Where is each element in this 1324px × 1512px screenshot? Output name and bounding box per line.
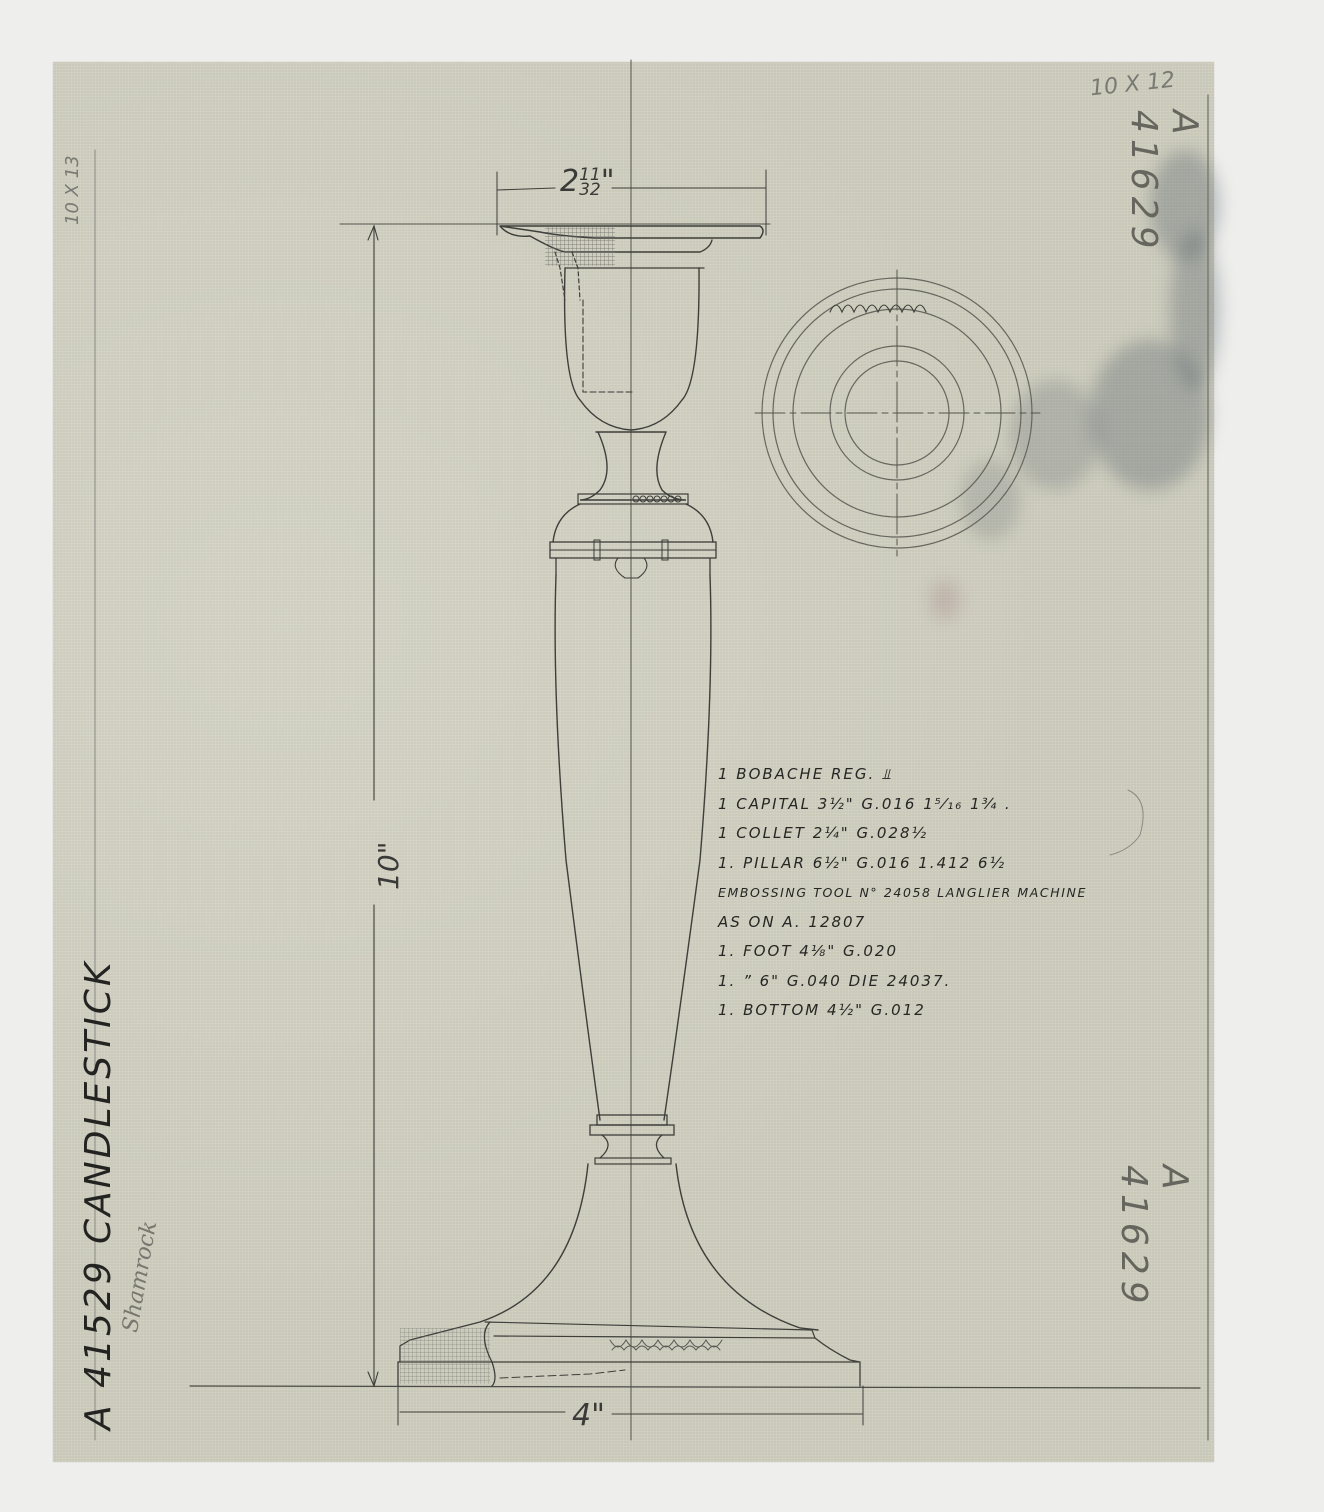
top-width-whole: 2 (560, 164, 579, 199)
parts-list-item: 1. ” 6" G.040 DIE 24037. (718, 967, 1087, 997)
parts-list-item: 1 COLLET 2¼" G.028½ (718, 819, 1087, 849)
parts-list-item: EMBOSSING TOOL N° 24058 LANGLIER MACHINE (718, 878, 1087, 908)
parts-list: 1 BOBACHE REG. ⫫ 1 CAPITAL 3½" G.016 1⁵⁄… (718, 760, 1087, 1026)
parts-list-item: 1. BOTTOM 4½" G.012 (718, 996, 1087, 1026)
parts-list-item: 1 CAPITAL 3½" G.016 1⁵⁄₁₆ 1¾ . (718, 790, 1087, 820)
base-width-dimension: 4" (572, 1398, 605, 1433)
sheet-size-left: 10 X 13 (62, 155, 83, 225)
height-dimension: 10" (372, 841, 405, 890)
parts-list-item: 1. PILLAR 6½" G.016 1.412 6½ (718, 849, 1087, 879)
parts-list-item: 1. FOOT 4⅛" G.020 (718, 937, 1087, 967)
parts-list-item: 1 BOBACHE REG. ⫫ (718, 760, 1087, 790)
side-number-top: A 41629 (1123, 110, 1205, 255)
parts-list-item: AS ON A. 12807 (718, 908, 1087, 938)
top-width-fraction: 1132 (579, 168, 601, 198)
side-number-bottom: A 41629 (1113, 1165, 1195, 1310)
drawing-title: A 41529 CANDLESTICK (78, 960, 119, 1430)
top-width-dimension: 21132" (560, 164, 615, 199)
